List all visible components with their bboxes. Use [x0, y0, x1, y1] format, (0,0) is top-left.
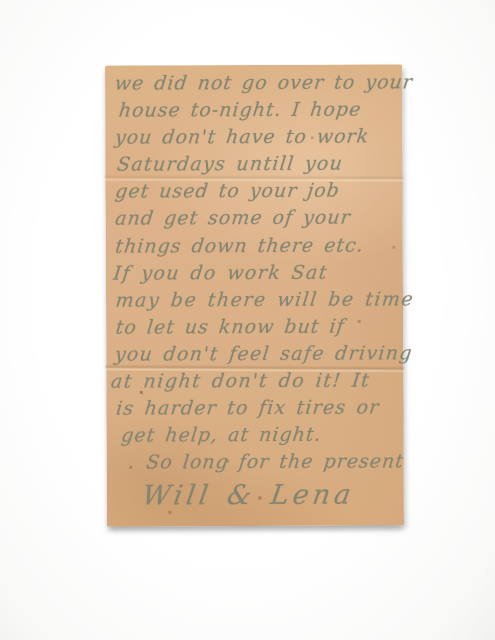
handwritten-text-block: we did not go over to your house to-nigh…	[113, 69, 404, 516]
handwritten-line: we did not go over to your	[113, 69, 405, 97]
signature-line: Will & Lena	[115, 477, 410, 516]
handwritten-line: things down there etc.	[114, 232, 406, 260]
handwritten-line: house to-night. I hope	[117, 96, 405, 124]
handwritten-line: get help, at night.	[120, 422, 407, 450]
handwritten-line: to let us know but if	[114, 313, 406, 341]
handwritten-line: may be there will be time	[114, 286, 406, 314]
handwritten-line: is harder to fix tires or	[115, 394, 407, 422]
handwritten-line: If you do work Sat	[112, 259, 406, 287]
handwritten-line: you don't feel safe driving	[113, 340, 406, 368]
scanned-letter-photo: we did not go over to your house to-nigh…	[0, 0, 495, 640]
age-spots	[105, 66, 107, 68]
closing-line: So long for the present	[115, 449, 407, 477]
handwritten-line: and get some of your	[114, 205, 406, 233]
handwritten-line: Saturdays untill you	[115, 151, 405, 179]
letter-paper: we did not go over to your house to-nigh…	[105, 64, 404, 526]
handwritten-line: you don't have to work	[113, 124, 405, 152]
handwritten-line: get used to your job	[114, 178, 406, 206]
handwritten-line: at night don't do it! It	[109, 367, 406, 395]
